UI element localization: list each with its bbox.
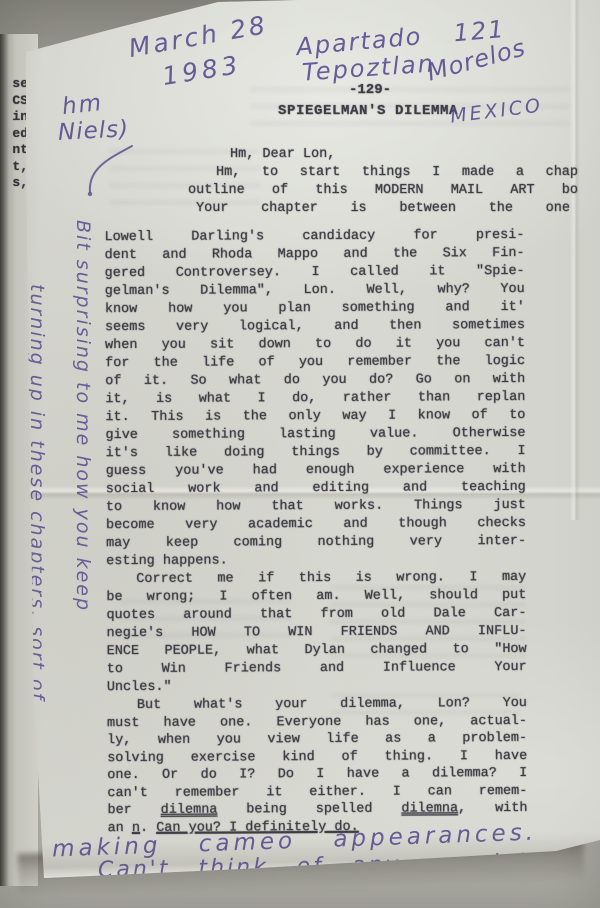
typed-segment: being spelled: [217, 802, 401, 818]
typed-line: one. Or do I? Do I have a dilemma? I: [107, 765, 527, 785]
typed-line: Uncles.": [107, 677, 527, 697]
typed-line: to Win Friends and Influence Your: [107, 659, 527, 679]
edge-fragment: in: [0, 109, 28, 126]
typed-line: be wrong; I often am. Well, should put: [106, 587, 526, 607]
typed-line: it, is what I do, rather than replan: [105, 389, 525, 409]
typed-line: ly, when you view life as a problem-: [107, 730, 527, 750]
edge-fragment: nt: [0, 142, 28, 159]
typed-line: outline of this MODERN MAIL ART bo: [188, 182, 578, 200]
edge-fragment: se: [0, 76, 28, 93]
handwritten-curve-stroke: [70, 140, 140, 210]
typed-line: it's like doing things by committee. I: [106, 443, 526, 463]
typed-line: it. This is the only way I know of to: [105, 407, 525, 427]
typed-line: gelman's Dilemma", Lon. Well, why? You: [105, 281, 525, 301]
typed-line: know how you plan something and it': [105, 299, 525, 319]
underlined-word-dilemna: dilemna: [161, 803, 218, 818]
typed-line: must have one. Everyone has one, actual-: [107, 712, 527, 732]
salutation: Hm, Dear Lon,: [188, 146, 578, 164]
typed-line: social work and editing and teaching: [106, 479, 526, 499]
letter-body: Lowell Darling's candidacy for presi- de…: [104, 227, 527, 837]
margin-note-line: Bit surprising to me how you keep: [60, 220, 106, 840]
typed-line: Hm, to start things I made a chap: [188, 164, 578, 182]
page-number: -129-: [338, 82, 402, 98]
typed-line: when you sit down to do it you can't: [105, 335, 525, 355]
edge-fragment: ed: [0, 126, 28, 143]
handwritten-note-hm: hm: [61, 90, 104, 120]
handwritten-date-year: 1983: [160, 50, 243, 91]
typed-line: to know how that works. Things just: [106, 497, 526, 517]
letter-sheet: -129- SPIEGELMAN'S DILEMMA Hm, Dear Lon,…: [0, 0, 600, 908]
typed-line: esting happens.: [106, 551, 526, 571]
underlined-word-dilemna: dilemna: [401, 801, 458, 816]
typed-line: for the life of you remember the logic: [105, 353, 525, 373]
paragraph-2: Correct me if this is wrong. I may be wr…: [106, 569, 527, 697]
typed-line: quotes around that from old Dale Car-: [106, 605, 526, 625]
typed-line: solving exercise kind of thing. I have: [107, 747, 527, 767]
letter-photograph: se CS in ed nt t, s, -129- SPIEGELMAN'S …: [0, 0, 600, 908]
typed-line: can't remember it either. I can remem-: [107, 782, 527, 802]
paragraph-1: Lowell Darling's candidacy for presi- de…: [104, 227, 526, 571]
typed-segment: , with: [458, 801, 527, 816]
handwritten-date-month-day: March 28: [127, 10, 270, 63]
vertical-fold-crease: [570, 0, 580, 520]
edge-fragment: t,: [0, 159, 28, 176]
letter-title: SPIEGELMAN'S DILEMMA: [276, 103, 460, 119]
typed-line: Your chapter is between the one: [188, 200, 578, 218]
edge-fragment: s,: [0, 175, 28, 192]
typed-line: negie's HOW TO WIN FRIENDS AND INFLU-: [106, 623, 526, 643]
typed-line: gered Controversey. I called it "Spie-: [105, 263, 525, 283]
typed-line: give something lasting value. Otherwise: [105, 425, 525, 445]
typed-line: may keep coming nothing very inter-: [106, 533, 526, 553]
paragraph-3: But what's your dilemma, Lon? You must h…: [107, 695, 528, 837]
letter-opening-block: Hm, Dear Lon, Hm, to start things I made…: [188, 146, 578, 218]
typed-line: guess you've had enough experience with: [106, 461, 526, 481]
edge-fragment: CS: [0, 93, 28, 110]
typed-line: Correct me if this is wrong. I may: [106, 569, 526, 589]
typed-line: But what's your dilemma, Lon? You: [107, 695, 527, 715]
typed-line: ber dilemna being spelled dilemna, with: [107, 800, 527, 820]
typed-line: become very academic and though checks: [106, 515, 526, 535]
typed-line: seems very logical, and then sometimes: [105, 317, 525, 337]
typed-line: of it. So what do you do? Go on with: [105, 371, 525, 391]
typed-line: dent and Rhoda Mappo and the Six Fin-: [105, 245, 525, 265]
typed-line: Lowell Darling's candidacy for presi-: [104, 227, 524, 247]
typed-segment: ber: [107, 803, 160, 818]
typed-line: ENCE PEOPLE, what Dylan changed to "How: [107, 641, 527, 661]
